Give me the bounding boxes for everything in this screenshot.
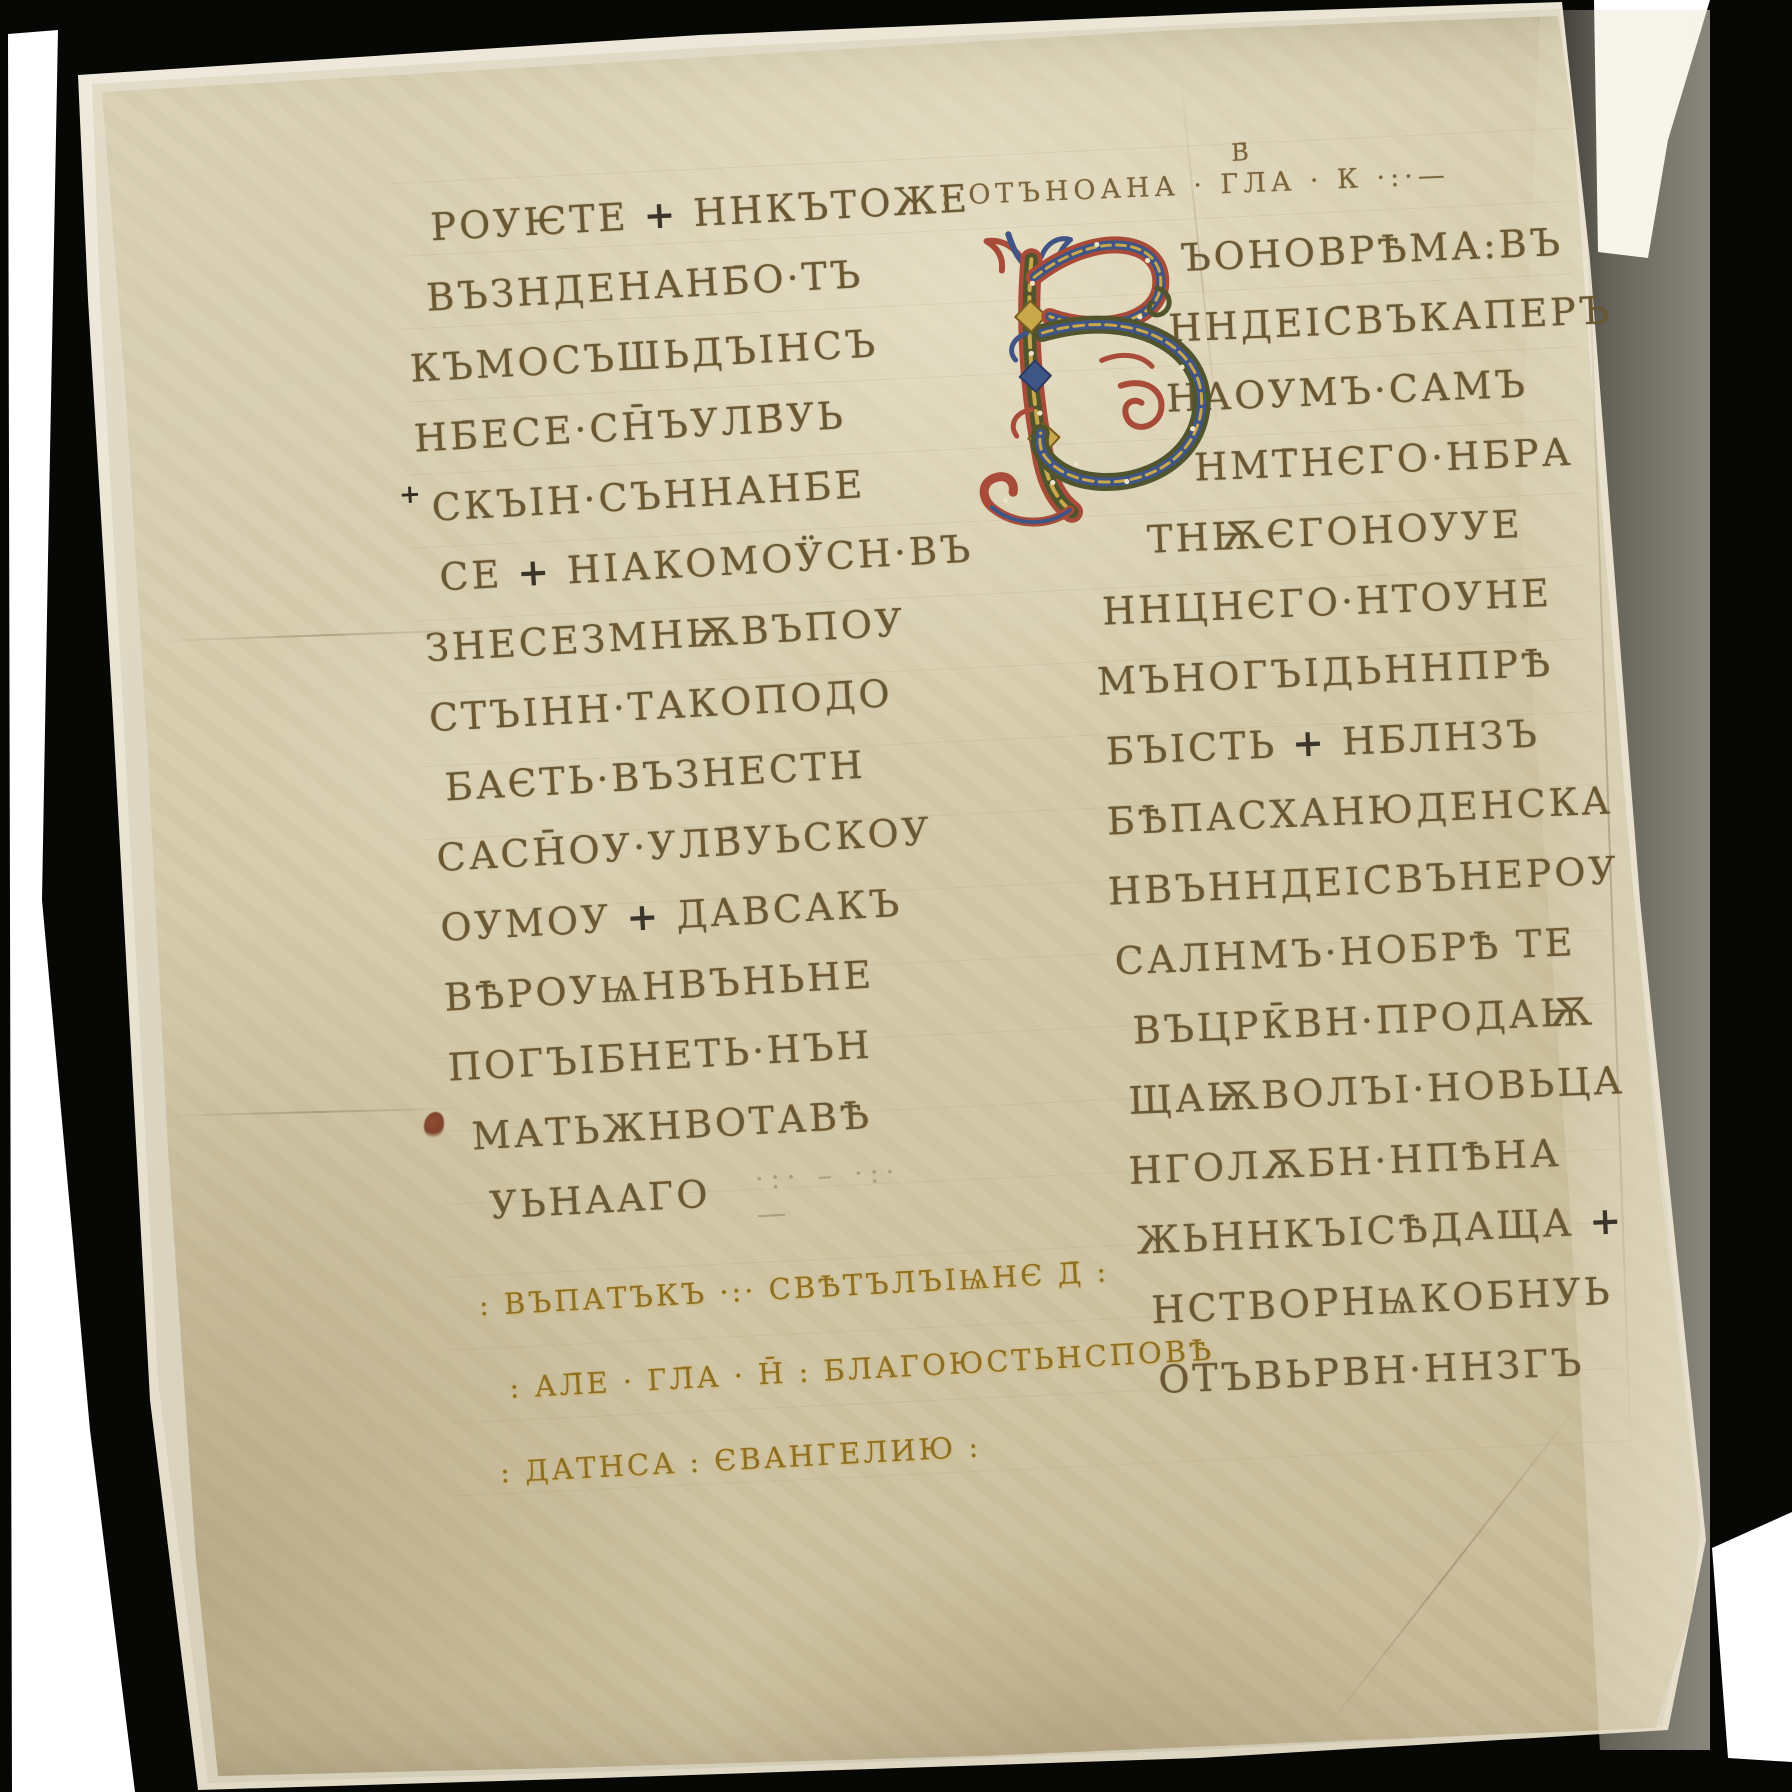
ink-cross: +: [625, 893, 662, 940]
left-text-column: + РОУѤТЕ + ННКЪТОЖЕВЪЗНДЕНАНБ̄О·ТЪКЪМОСЪ…: [400, 154, 952, 1516]
right-text-column: : ОТЪНОАНА · ГЛА · К ·:·— В̄: [1060, 109, 1613, 1417]
ink-cross: +: [516, 548, 553, 595]
ink-cross: +: [1291, 719, 1328, 765]
line-end-flourish: ·:· – ·:·—: [754, 1153, 938, 1233]
illuminated-initial-V: [946, 204, 1260, 546]
photo-of-manuscript: { "colors": { "background": "#070706", "…: [0, 0, 1792, 1792]
illuminated-initial-artwork: [946, 204, 1260, 546]
left-column-lines: РОУѤТЕ + ННКЪТОЖЕВЪЗНДЕНАНБ̄О·ТЪКЪМОСЪШЬ…: [401, 168, 937, 1242]
ink-cross: +: [1588, 1197, 1625, 1243]
margin-cross-mark: +: [398, 479, 421, 510]
gold-rubric-block: : ВЪПАТЪКЪ ·:· СВѢТЪЛЪІѨНЄ Д̄ :: АЛ̄Е · …: [459, 1238, 952, 1516]
header-superscript: В̄: [1231, 138, 1255, 167]
ink-cross: +: [642, 191, 679, 238]
